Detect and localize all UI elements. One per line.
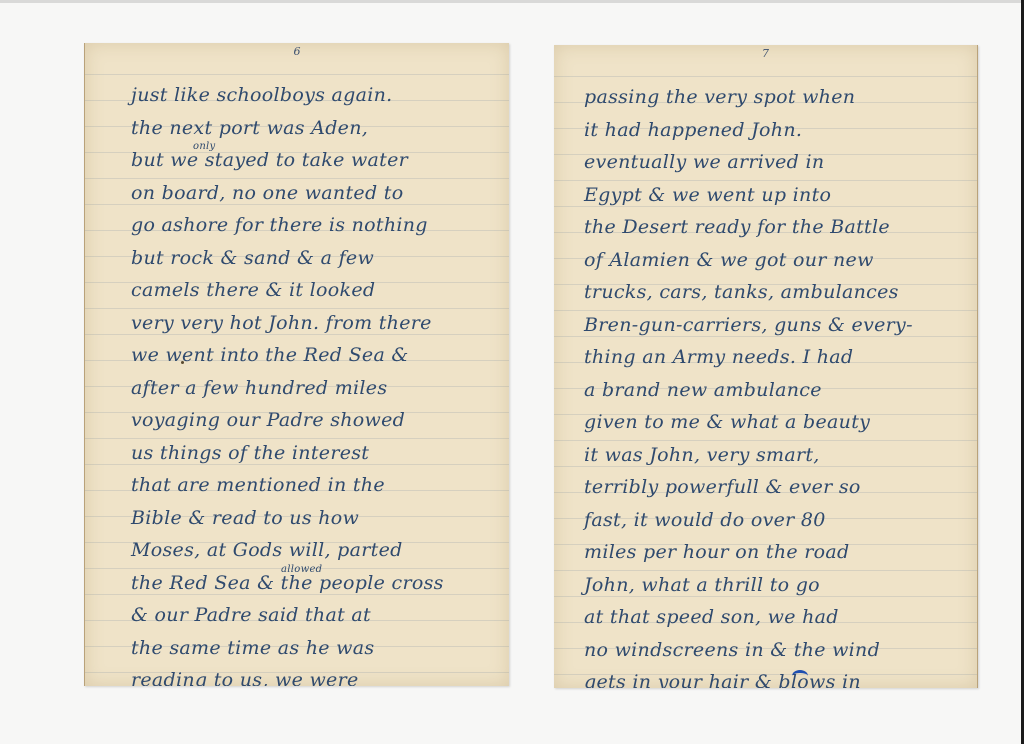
page-number: 7	[554, 47, 977, 60]
inserted-word: only	[193, 142, 216, 152]
text-line: fast, it would do over 80	[584, 504, 957, 537]
letter-page-right: 7 passing the very spot when it had happ…	[554, 45, 978, 688]
text-line: Bren-gun-carriers, guns & every-	[584, 309, 957, 342]
text-line-content: the Red Sea & the people cross	[131, 572, 444, 594]
text-line: trucks, cars, tanks, ambulances	[584, 276, 957, 309]
text-line: it had happened John.	[584, 114, 957, 147]
text-line: reading to us, we were	[131, 664, 489, 686]
text-line: Moses, at Gods will, parted	[131, 534, 489, 567]
handwritten-text: just like schoolboys again. the next por…	[131, 79, 489, 686]
scan-edge	[0, 0, 1024, 3]
text-line: very very hot John. from there	[131, 307, 489, 340]
handwritten-text: passing the very spot when it had happen…	[584, 81, 957, 688]
text-line: us things of the interest	[131, 437, 489, 470]
text-line: a brand new ambulance	[584, 374, 957, 407]
text-line: just like schoolboys again.	[131, 79, 489, 112]
text-line: & our Padre said that at	[131, 599, 489, 632]
text-line: Bible & read to us how	[131, 502, 489, 535]
text-line: miles per hour on the road	[584, 536, 957, 569]
letter-page-left: 6 just like schoolboys again. the next p…	[84, 43, 509, 686]
text-line: given to me & what a beauty	[584, 406, 957, 439]
paper-spot	[181, 361, 184, 364]
ink-blot	[792, 670, 808, 682]
text-line: at that speed son, we had	[584, 601, 957, 634]
text-line: John, what a thrill to go	[584, 569, 957, 602]
text-line: only but we stayed to take water	[131, 144, 489, 177]
text-line-content: but we stayed to take water	[131, 149, 408, 171]
text-line: that are mentioned in the	[131, 469, 489, 502]
text-line: after a few hundred miles	[131, 372, 489, 405]
page-number: 6	[85, 45, 509, 58]
text-line: allowed the Red Sea & the people cross	[131, 567, 489, 600]
text-line: the next port was Aden,	[131, 112, 489, 145]
text-line: gets in your hair & blows in	[584, 666, 957, 688]
text-line: passing the very spot when	[584, 81, 957, 114]
text-line: the Desert ready for the Battle	[584, 211, 957, 244]
text-line: it was John, very smart,	[584, 439, 957, 472]
text-line: no windscreens in & the wind	[584, 634, 957, 667]
inserted-word: allowed	[281, 565, 322, 575]
text-line: Egypt & we went up into	[584, 179, 957, 212]
text-line: thing an Army needs. I had	[584, 341, 957, 374]
text-line: on board, no one wanted to	[131, 177, 489, 210]
text-line: the same time as he was	[131, 632, 489, 665]
text-line: but rock & sand & a few	[131, 242, 489, 275]
text-line: eventually we arrived in	[584, 146, 957, 179]
text-line: go ashore for there is nothing	[131, 209, 489, 242]
text-line: voyaging our Padre showed	[131, 404, 489, 437]
text-line: camels there & it looked	[131, 274, 489, 307]
text-line: terribly powerfull & ever so	[584, 471, 957, 504]
text-line: we went into the Red Sea &	[131, 339, 489, 372]
text-line: of Alamien & we got our new	[584, 244, 957, 277]
